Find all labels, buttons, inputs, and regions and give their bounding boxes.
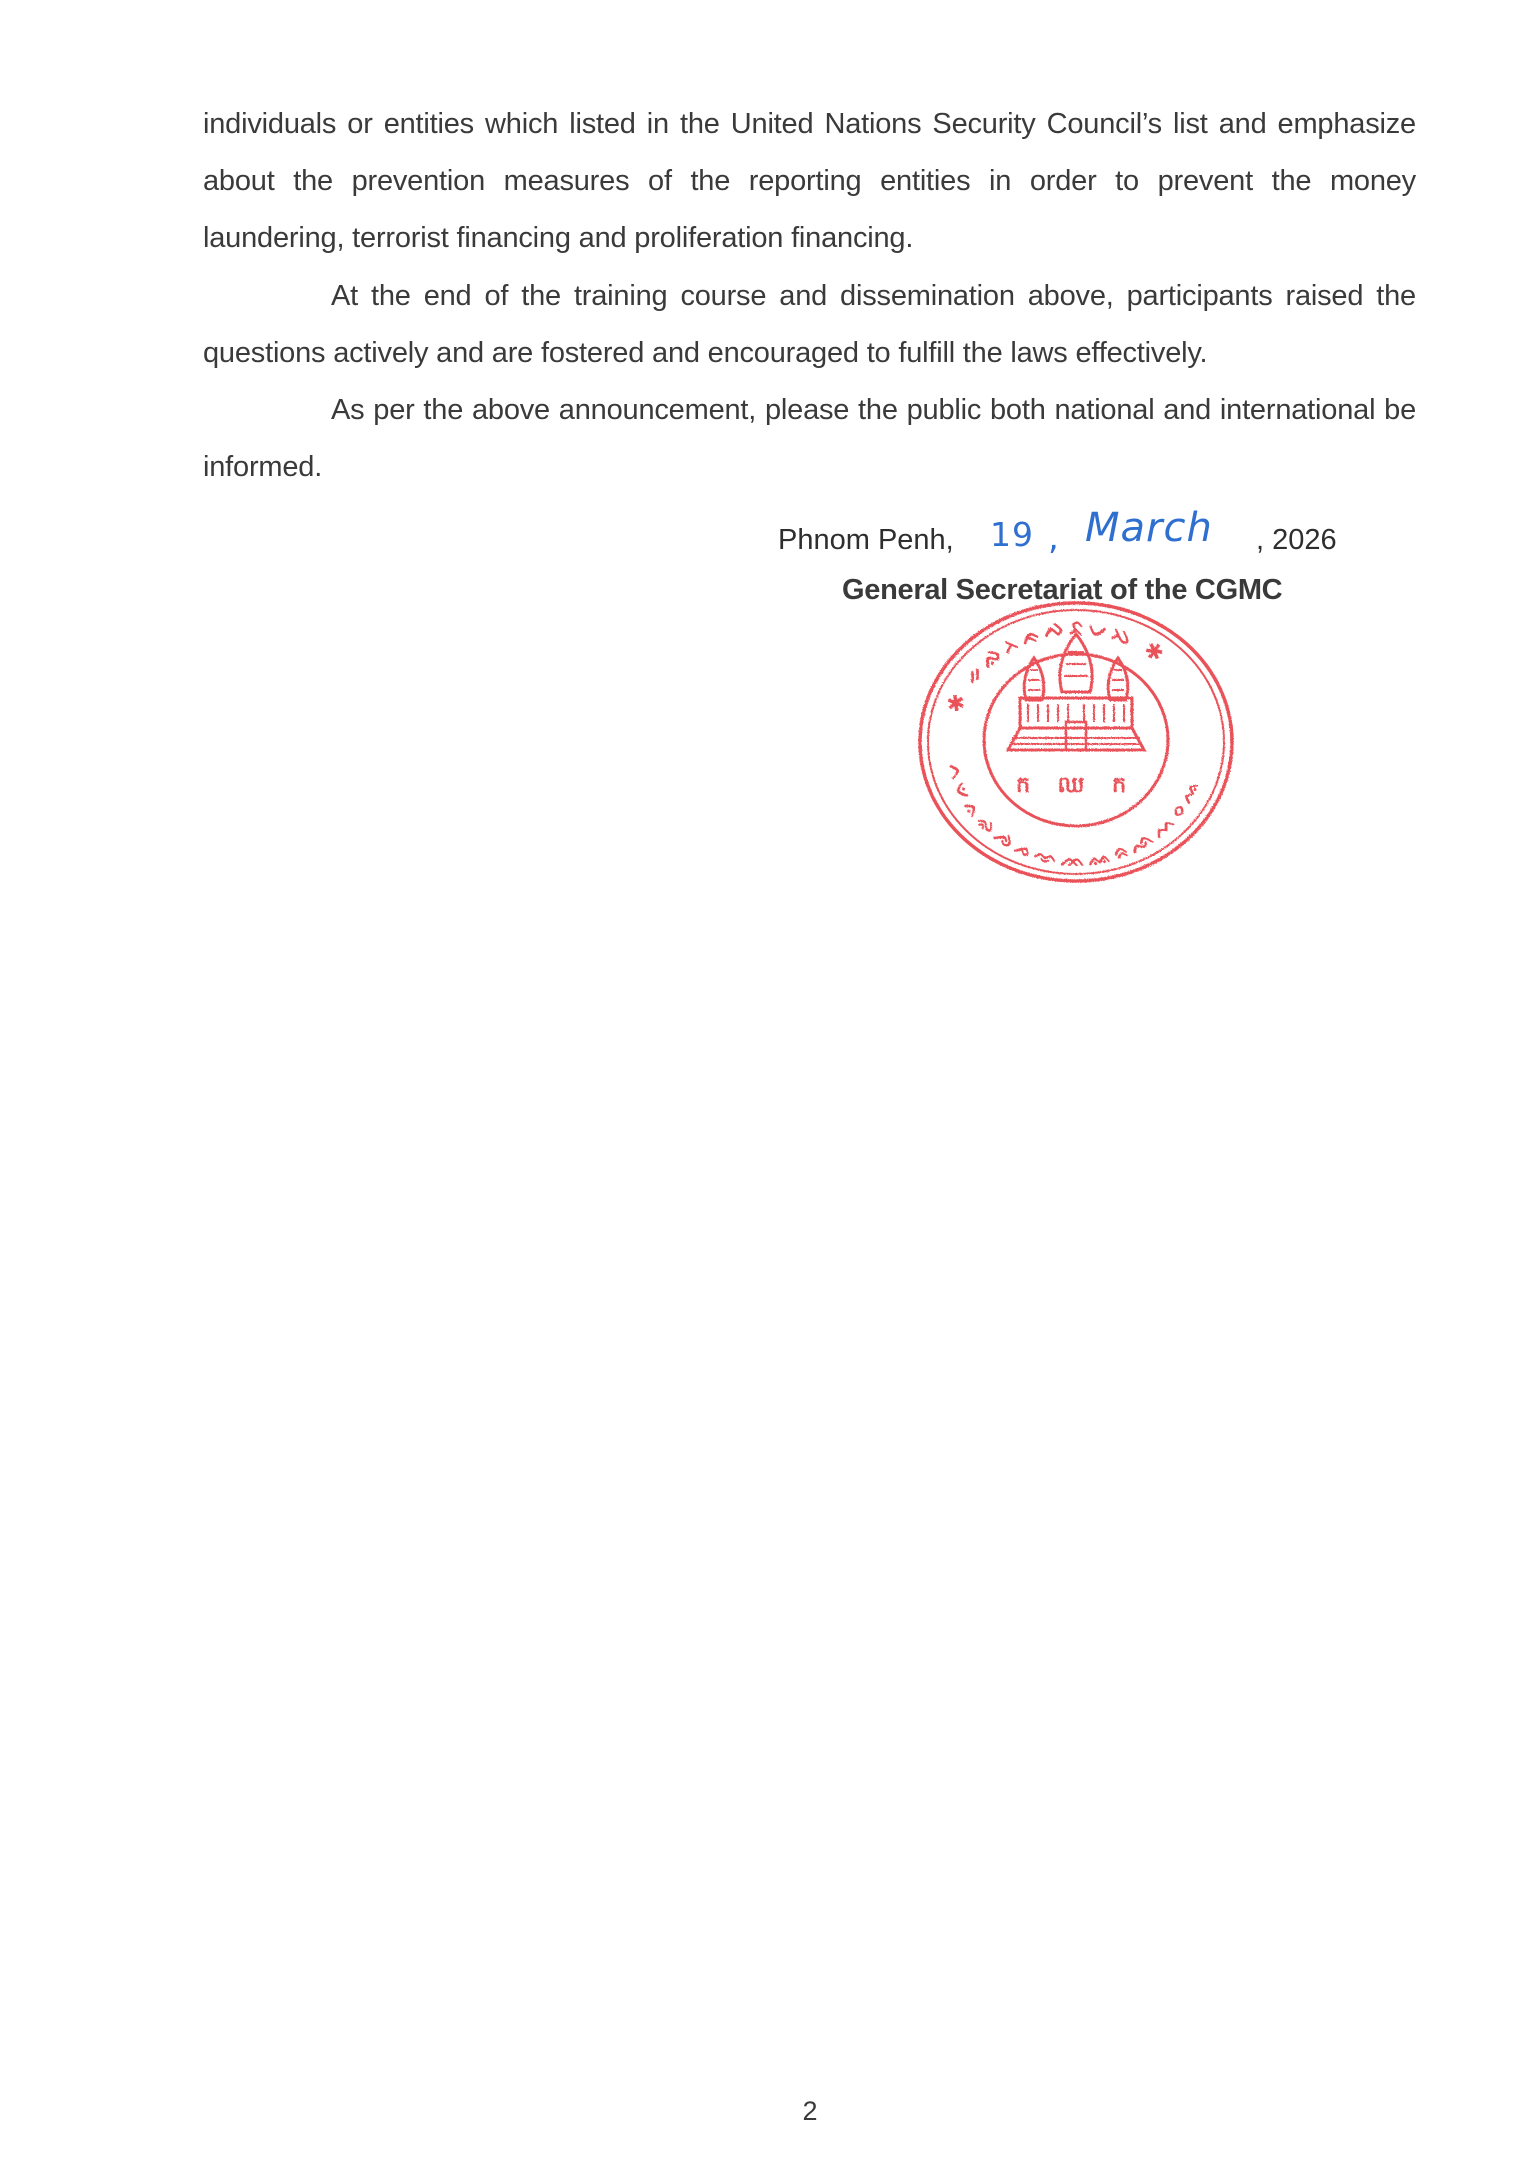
svg-text:ក ឈ ក: ក ឈ ក: [1016, 773, 1136, 798]
page-number: 2: [0, 2093, 1536, 2129]
document-page: individuals or entities which listed in …: [0, 0, 1536, 2172]
handwritten-day: 19: [990, 515, 1034, 555]
signature-place: Phnom Penh,: [778, 520, 954, 560]
handwritten-separator: ,: [1048, 518, 1060, 558]
signature-year: , 2026: [1256, 520, 1337, 560]
paragraph-3: As per the above announcement, please th…: [203, 382, 1416, 496]
handwritten-month: March: [1085, 508, 1213, 548]
body-text: individuals or entities which listed in …: [203, 96, 1416, 496]
svg-text:✱ ᨀᨁᨂᨃᨄᨅᨆᨇ ✱: ✱ ᨀᨁᨂᨃᨄᨅᨆᨇ ✱: [942, 616, 1170, 717]
paragraph-1: individuals or entities which listed in …: [203, 96, 1416, 268]
official-seal-icon: ✱ ᨀᨁᨂᨃᨄᨅᨆᨇ ✱ ᨈᨉᨊᨋᨌᨍᨎᨏᨐᨑᨒᨓᨔᨕ: [916, 600, 1236, 886]
paragraph-2: At the end of the training course and di…: [203, 268, 1416, 382]
